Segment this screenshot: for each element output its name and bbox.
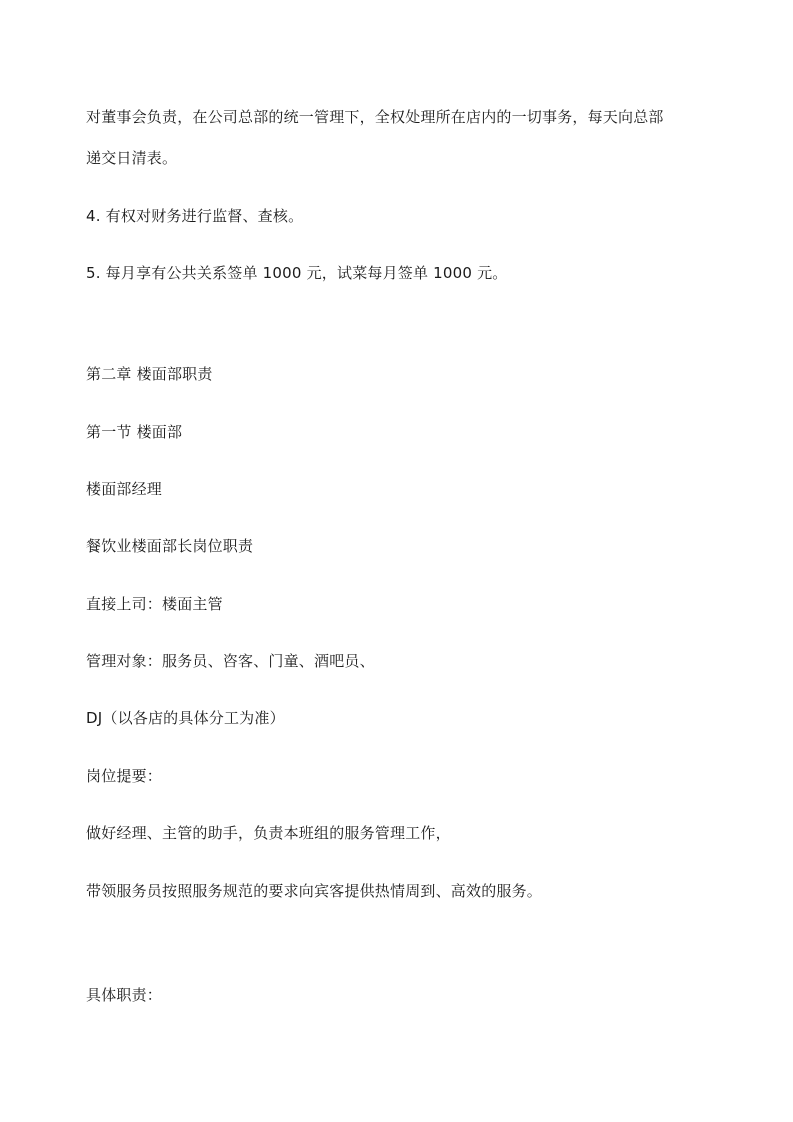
job-description-title: 餐饮业楼面部长岗位职责 (86, 536, 253, 556)
direct-supervisor: 直接上司：楼面主管 (86, 594, 223, 614)
position-summary-line-2: 带领服务员按照服务规范的要求向宾客提供热情周到、高效的服务。 (86, 881, 542, 901)
position-summary-label: 岗位提要： (86, 766, 162, 786)
role-title: 楼面部经理 (86, 479, 162, 499)
document-page: 对董事会负责，在公司总部的统一管理下，全权处理所在店内的一切事务，每天向总部 递… (0, 0, 793, 1122)
section-heading: 第一节 楼面部 (86, 422, 182, 442)
managed-staff-continued: DJ（以各店的具体分工为准） (86, 708, 285, 728)
chapter-heading: 第二章 楼面部职责 (86, 364, 213, 384)
list-item-5: 5. 每月享有公共关系签单 1000 元，试菜每月签单 1000 元。 (86, 263, 508, 283)
specific-duties-label: 具体职责： (86, 985, 162, 1005)
list-item-4: 4. 有权对财务进行监督、查核。 (86, 206, 303, 226)
managed-staff: 管理对象：服务员、咨客、门童、酒吧员、 (86, 651, 375, 671)
paragraph-duties-line-1: 对董事会负责，在公司总部的统一管理下，全权处理所在店内的一切事务，每天向总部 (86, 107, 664, 127)
position-summary-line-1: 做好经理、主管的助手，负责本班组的服务管理工作， (86, 823, 451, 843)
paragraph-duties-line-2: 递交日清表。 (86, 148, 177, 168)
